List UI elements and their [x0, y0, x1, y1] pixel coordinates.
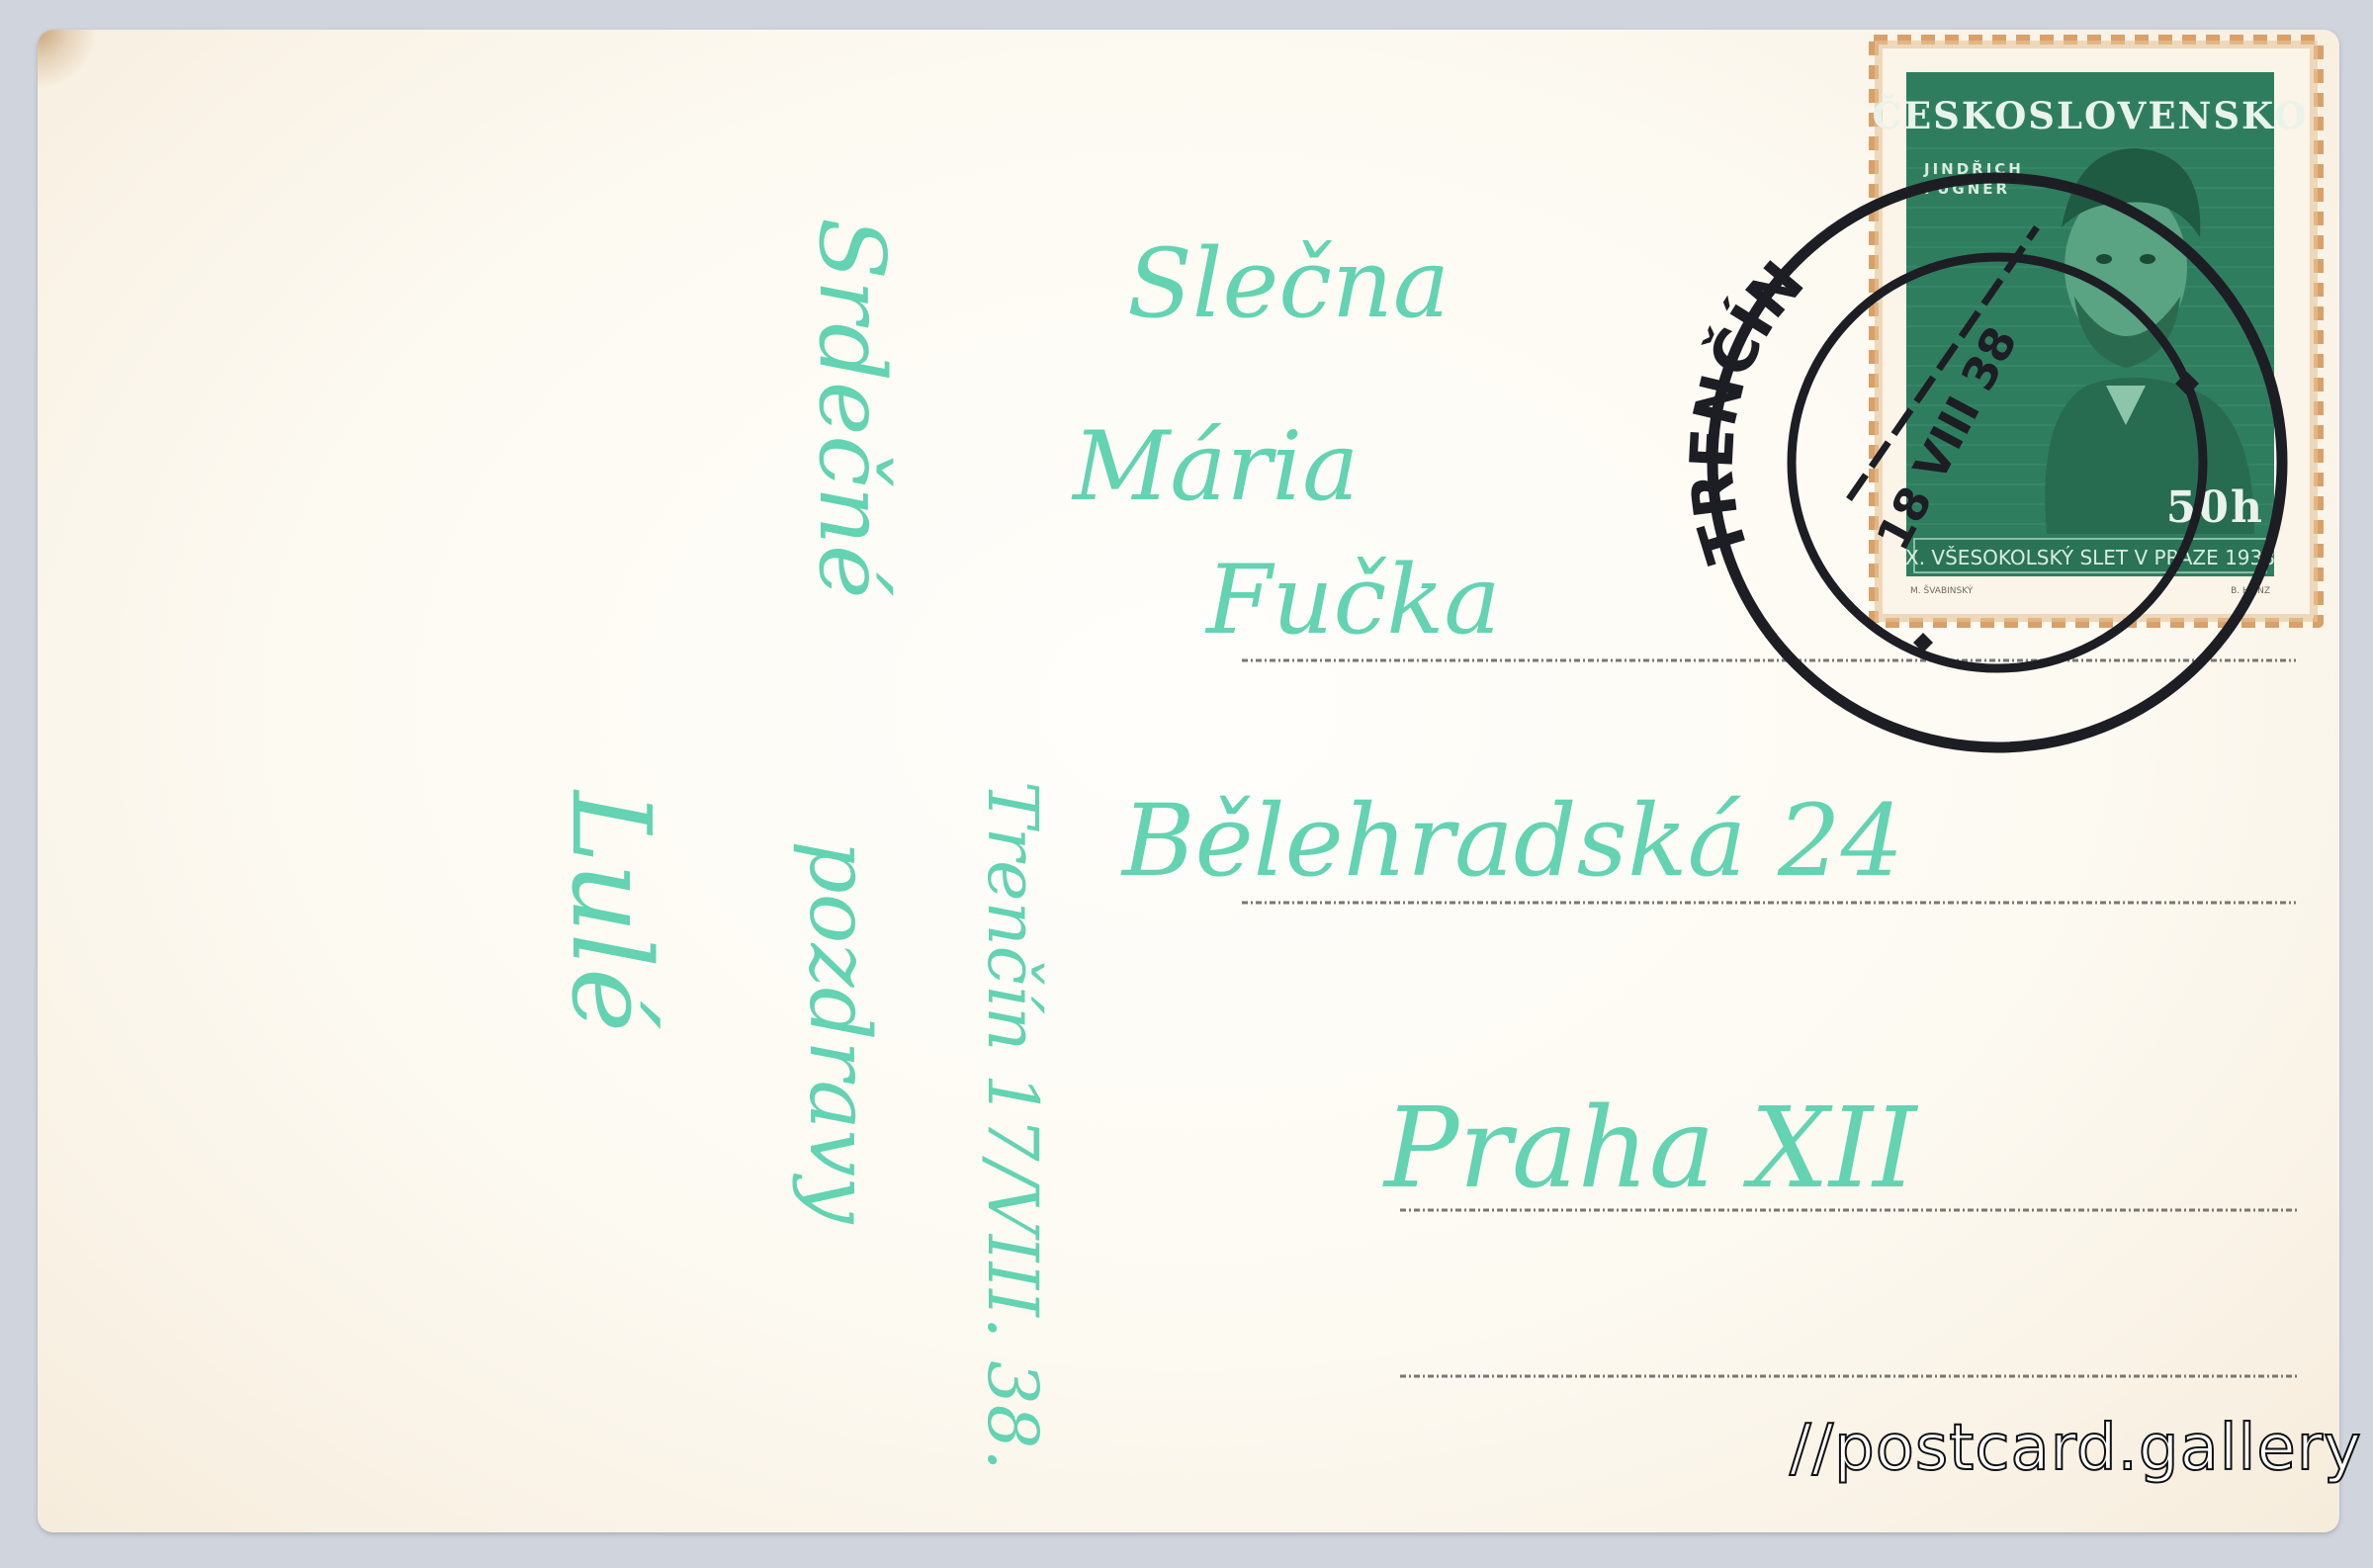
- postcard-artwork: ČESKOSLOVENSKO JINDŘICH FÜGNER 50h X. VŠ…: [38, 30, 2339, 1532]
- message-signature: Lulé: [548, 789, 674, 1032]
- stamp-caption: X. VŠESOKOLSKÝ SLET V PRAZE 1938: [1905, 546, 2275, 569]
- address-salutation: Slečna: [1127, 228, 1450, 339]
- address-first-name: Mária: [1071, 411, 1359, 522]
- stamp-country: ČESKOSLOVENSKO: [1873, 94, 2309, 137]
- message-place-date: Trenčín 17/VIII. 38.: [972, 781, 1053, 1471]
- address-surname: Fučka: [1204, 545, 1501, 655]
- stamp-designer: M. ŠVABINSKÝ: [1910, 584, 1974, 596]
- postcard-back: ČESKOSLOVENSKO JINDŘICH FÜGNER 50h X. VŠ…: [38, 30, 2339, 1532]
- recipient-address: Slečna Mária Fučka Bělehradská 24 Praha …: [1071, 228, 1919, 1213]
- watermark: //postcard.gallery: [1790, 1412, 2362, 1485]
- message-greeting-first: Srdečné: [799, 218, 905, 599]
- message-greeting-second: pozdravy: [791, 840, 888, 1225]
- stamp-denomination: 50h: [2166, 482, 2264, 533]
- address-city: Praha XII: [1382, 1085, 1919, 1213]
- address-lines: [1242, 660, 2300, 1376]
- handwritten-message: Srdečné pozdravy Trenčín 17/VIII. 38. Lu…: [548, 218, 1053, 1471]
- address-street: Bělehradská 24: [1120, 783, 1903, 899]
